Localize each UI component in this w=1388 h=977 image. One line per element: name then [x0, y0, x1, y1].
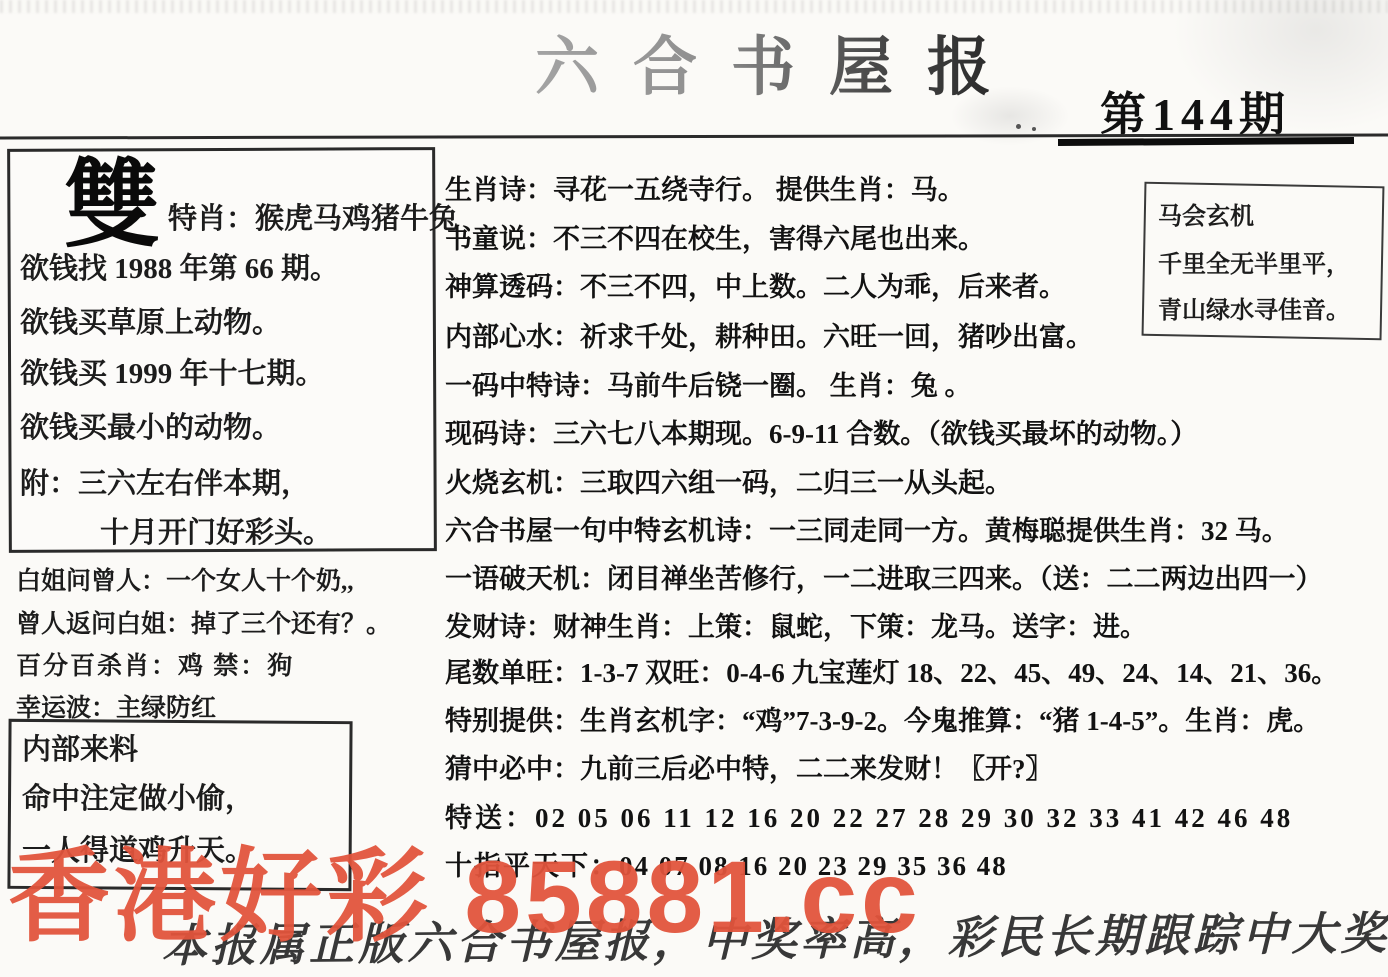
right-box-line: 千里全无半里平，: [1158, 244, 1350, 279]
left-box-line: 欲钱找 1988 年第 66 期。: [20, 246, 339, 287]
special-zodiac-line: 特肖：猴虎马鸡猪牛兔: [168, 196, 458, 237]
insider-info-line: 内部来料: [22, 727, 138, 768]
left-mid-line: 白姐问曾人：一个女人十个奶,,: [16, 561, 354, 597]
left-box-line: 欲钱买草原上动物。: [20, 300, 281, 341]
left-mid-line: 曾人返问白姐：掉了三个还有？。: [16, 604, 391, 640]
scan-speck: [1016, 124, 1021, 129]
tip-line-yijuzhongte: 六合书屋一句中特玄机诗：一三同走同一方。黄梅聪提供生肖：32 马。: [445, 509, 1289, 548]
tip-line-facaishi: 发财诗：财神生肖：上策：鼠蛇，下策：龙马。送字：进。: [445, 605, 1147, 644]
left-box-line: 欲钱买最小的动物。: [20, 405, 281, 446]
tip-line-neibuxinshui: 内部心水：祈求千处，耕种田。六旺一回，猪吵出富。: [445, 315, 1093, 354]
tip-line-shutong: 书童说：不三不四在校生，害得六尾也出来。: [445, 217, 985, 256]
scan-speck: [1032, 127, 1036, 131]
page-title: 六合书屋报: [535, 16, 1015, 108]
right-box-line: 马会玄机: [1158, 196, 1254, 231]
tip-line-shensuan: 神算透码：不三不四，中上数。二人为乖，后来者。: [445, 265, 1066, 304]
tip-line-yiyupotianji: 一语破天机：闭目禅坐苦修行，一二进取三四来。（送：二二两边出四一）: [445, 557, 1323, 596]
tip-line-huoshaoxuanji: 火烧玄机：三取四六组一码，二归三一从头起。: [445, 461, 1012, 500]
double-character: 雙: [64, 158, 160, 254]
scan-noise-top: [0, 0, 1388, 13]
left-mid-line: 百分百杀肖：鸡 禁：狗: [16, 646, 294, 682]
right-box-line: 青山绿水寻佳音。: [1158, 290, 1350, 325]
insider-info-line: 命中注定做小偷，: [22, 776, 254, 817]
watermark-text: 香港好彩 85881.cc: [8, 846, 922, 948]
scanned-lottery-sheet: 六合书屋报 第144期 雙 特肖：猴虎马鸡猪牛兔 欲钱找 1988 年第 66 …: [0, 0, 1388, 977]
tip-line-tesong-numbers: 特送：02 05 06 11 12 16 20 22 27 28 29 30 3…: [445, 796, 1293, 835]
tip-line-zodiac-poem: 生肖诗：寻花一五绕寺行。 提供生肖：马。: [445, 168, 965, 207]
tip-line-yimazhongte: 一码中特诗：马前牛后铙一圈。 生肖：兔 。: [445, 364, 972, 403]
left-box-line: 欲钱买 1999 年十七期。: [20, 351, 325, 392]
left-box-line: 附：三六左右伴本期，: [20, 461, 310, 502]
tip-line-weishudanwang: 尾数单旺：1-3-7 双旺：0-4-6 九宝莲灯 18、22、45、49、24、…: [445, 651, 1338, 690]
left-box-line: 十月开门好彩头。: [100, 510, 332, 551]
tip-line-tebietigong: 特别提供：生肖玄机字：“鸡”7-3-9-2。今鬼推算：“猪 1-4-5”。生肖：…: [445, 699, 1320, 738]
header-divider-thick: [1058, 137, 1354, 146]
tip-line-caizhongbizhong: 猜中必中：九前三后必中特，二二来发财！〖开?〗: [445, 747, 1053, 786]
tip-line-xianmashi: 现码诗：三六七八本期现。6-9-11 合数。（欲钱买最坏的动物。）: [445, 412, 1197, 451]
